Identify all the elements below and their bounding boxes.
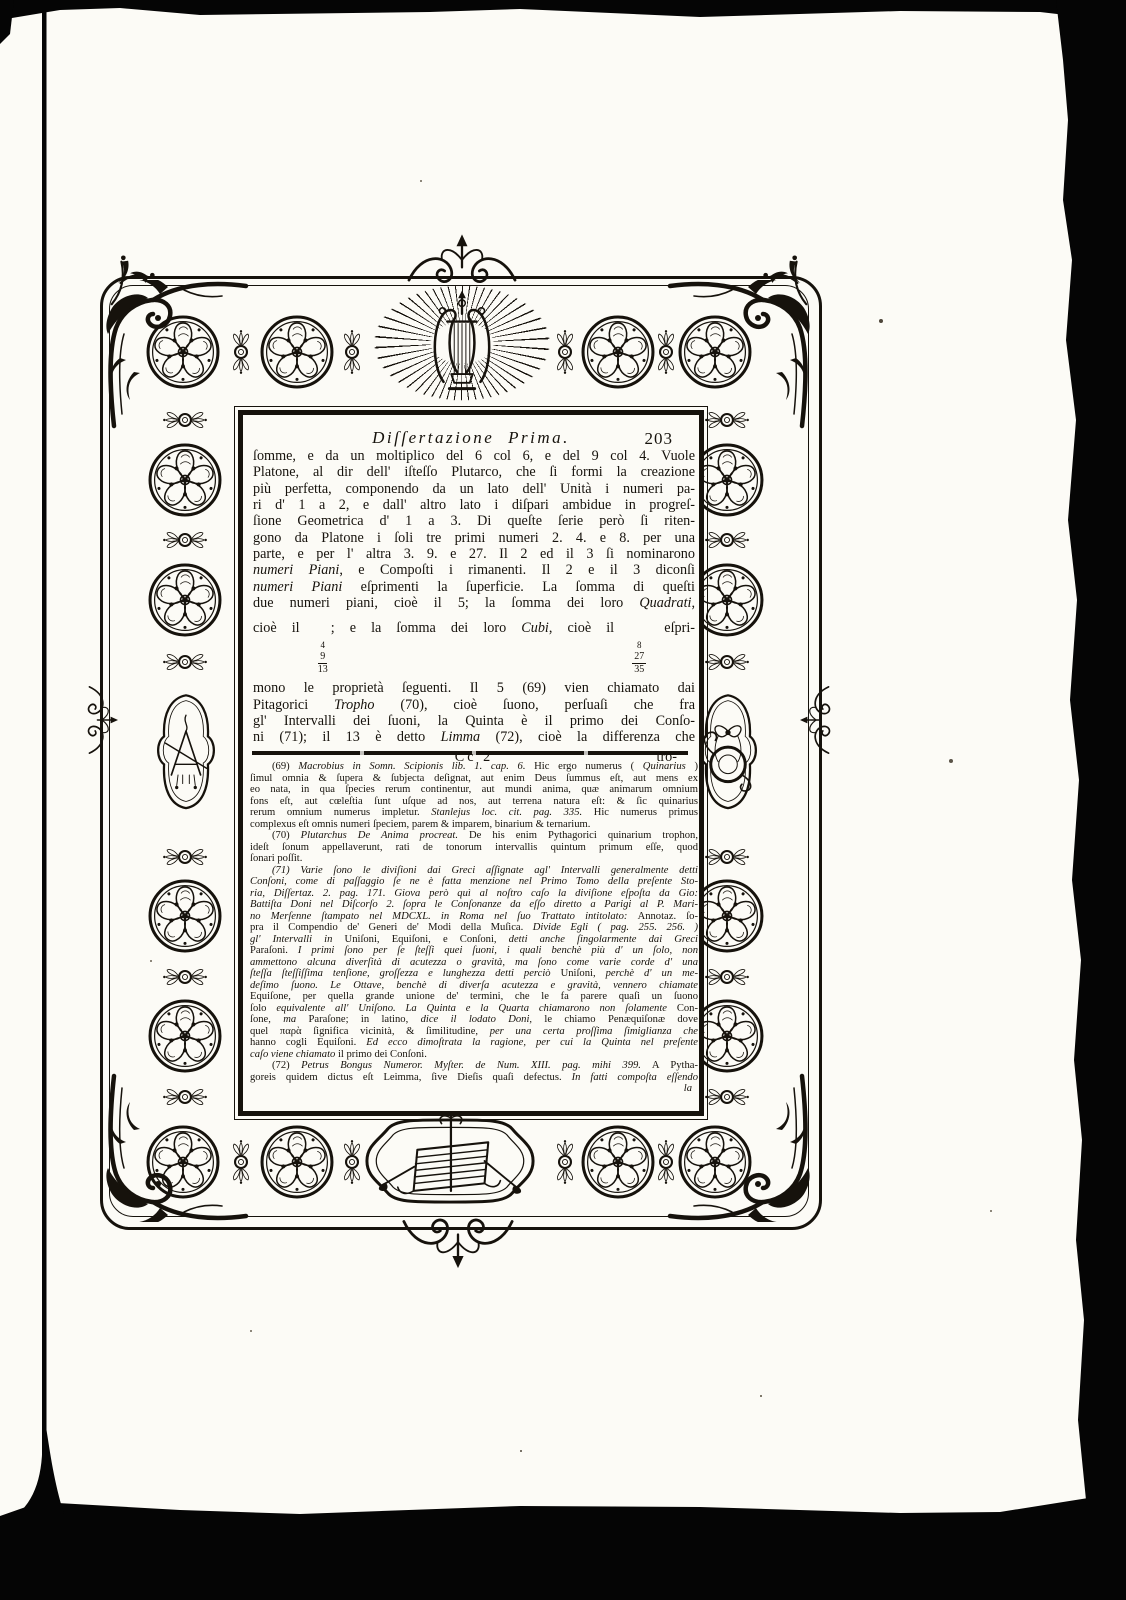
text-line: numeri Piani eſprimenti la ſuperficie. L… bbox=[253, 579, 695, 595]
ring-tulip-link-icon bbox=[550, 329, 580, 375]
lyre-icon bbox=[428, 288, 496, 396]
scroll-bump-bottom-center-icon bbox=[388, 1214, 528, 1270]
text-line: gono da Platone i ſoli tre primi numeri … bbox=[253, 530, 695, 546]
footnote-line: Equiſone, per quella grande unione de' t… bbox=[250, 991, 698, 1003]
page-title: Diſſertazione Prima. bbox=[372, 428, 570, 447]
book-page-scan: Diſſertazione Prima. 203 ſomme, e da un … bbox=[0, 0, 1126, 1600]
footnote-line: ammettono alcuna diverſità di acutezza o… bbox=[250, 957, 698, 969]
footnote-line: fons eſt, aut cœleſtia ſunt uſque ad nos… bbox=[250, 796, 698, 808]
rosette-medallion-icon bbox=[145, 1124, 221, 1200]
footnote-line: gl' Intervalli in Uniſoni, Equiſoni, e C… bbox=[250, 934, 698, 946]
ring-tulip-link-icon bbox=[704, 647, 750, 677]
rosette-medallion-icon bbox=[677, 314, 753, 390]
footnote-line: ſteſſa ſteſſiſſima tenſione, groſſezza e… bbox=[250, 968, 698, 980]
footnote-line: Battiſta Doni nel Diſcorſo 2. ſopra le C… bbox=[250, 899, 698, 911]
text-line: ni (71); il 13 è detto Limma (72), cioè … bbox=[253, 729, 695, 745]
ring-tulip-link-icon bbox=[162, 405, 208, 435]
running-header: Diſſertazione Prima. 203 bbox=[253, 428, 689, 448]
footnote-line: hanno cogli Equiſoni. Ed ecco dimoſtrata… bbox=[250, 1037, 698, 1049]
paper-speckles bbox=[0, 0, 2, 2]
footnote-line: (69) Macrobius in Somn. Scipionis lib. 1… bbox=[250, 761, 698, 773]
ring-tulip-link-icon bbox=[704, 842, 750, 872]
ring-tulip-link-icon bbox=[162, 647, 208, 677]
text-line: ſomme, e da un moltiplico del 6 col 6, e… bbox=[253, 448, 695, 464]
stacked-fraction: 4913 bbox=[318, 641, 328, 675]
footnotes-block: (69) Macrobius in Somn. Scipionis lib. 1… bbox=[250, 761, 698, 1095]
ring-tulip-link-icon bbox=[704, 525, 750, 555]
footnote-line: (72) Petrus Bongus Numeror. Myſter. de N… bbox=[250, 1060, 698, 1072]
acanthus-sprig-top-left-icon bbox=[104, 252, 162, 310]
footnote-line: ſone, ma Paraſone; in latino, dice il lo… bbox=[250, 1014, 698, 1026]
footnote-line: ria, Diſſertaz. 2. pag. 171. Giova però … bbox=[250, 888, 698, 900]
scroll-bump-mid-right-icon bbox=[796, 680, 836, 760]
galley-ship-emblem-icon bbox=[352, 1104, 548, 1218]
footnote-line: eo nata, in qua ſpecies rerum continentu… bbox=[250, 784, 698, 796]
footnote-line: pra il Compendio de' Generi de' Modi del… bbox=[250, 922, 698, 934]
footnote-line: caſo viene chiamato il primo dei Conſoni… bbox=[250, 1049, 698, 1061]
text-line: mono le proprietà ſeguenti. Il 5 (69) vi… bbox=[253, 680, 695, 696]
footnote-line: (71) Varie ſono le diviſioni dai Greci a… bbox=[250, 865, 698, 877]
rosette-medallion-icon bbox=[259, 1124, 335, 1200]
footnote-line: quel παρὰ ſignifica vicinità, & ſimilitu… bbox=[250, 1026, 698, 1038]
rosette-medallion-icon bbox=[580, 1124, 656, 1200]
text-line: ri d' 1 a 2, e dall' altro lato i diſpar… bbox=[253, 497, 695, 513]
footnote-line: Conſoni, come di paſſaggio ſe ne è fatta… bbox=[250, 876, 698, 888]
text-line: Platone, al dir dell' iſteſſo Plutarco, … bbox=[253, 464, 695, 480]
text-line: cioè il 4913; e la ſomma dei loro Cubi, … bbox=[253, 611, 695, 680]
main-text-block: ſomme, e da un moltiplico del 6 col 6, e… bbox=[253, 448, 695, 765]
rosette-medallion-icon bbox=[147, 442, 223, 518]
footnote-line: deſimo ſuono. Le Ottave, benchè di diver… bbox=[250, 980, 698, 992]
ring-tulip-link-icon bbox=[704, 1082, 750, 1112]
stacked-fraction: 82735 bbox=[632, 641, 646, 675]
rosette-medallion-icon bbox=[147, 562, 223, 638]
text-line: due numeri piani, cioè il 5; la ſomma de… bbox=[253, 595, 695, 611]
text-line: gl' Intervalli dei ſuoni, la Quinta è il… bbox=[253, 713, 695, 729]
acanthus-sprig-top-right-icon bbox=[756, 252, 814, 310]
footnote-line: la bbox=[250, 1083, 698, 1095]
fleur-crest-icon bbox=[398, 232, 526, 288]
text-panel: Diſſertazione Prima. 203 ſomme, e da un … bbox=[238, 410, 704, 1116]
ring-tulip-link-icon bbox=[704, 962, 750, 992]
footnote-line: (70) Plutarchus De Anima procreat. De hi… bbox=[250, 830, 698, 842]
footnote-line: Paraſoni. I primi ſono per ſe ſteſſi que… bbox=[250, 945, 698, 957]
text-line: numeri Piani, e Compoſti i rimanenti. Il… bbox=[253, 562, 695, 578]
rosette-medallion-icon bbox=[145, 314, 221, 390]
ring-tulip-link-icon bbox=[162, 525, 208, 555]
ring-tulip-link-icon bbox=[550, 1139, 580, 1185]
footnote-line: ſonari poſſit. bbox=[250, 853, 698, 865]
ring-tulip-link-icon bbox=[162, 1082, 208, 1112]
footnote-line: rerum omnium numerus impletur. Stanlejus… bbox=[250, 807, 698, 819]
text-line: parte, e per l' altra 3. 9. e 27. Il 2 e… bbox=[253, 546, 695, 562]
rosette-medallion-icon bbox=[677, 1124, 753, 1200]
ring-tulip-link-icon bbox=[337, 329, 367, 375]
page-number: 203 bbox=[645, 429, 674, 449]
rosette-medallion-icon bbox=[580, 314, 656, 390]
compass-triangle-emblem-icon bbox=[142, 690, 230, 836]
footnote-line: ideſt ſonum appellaverunt, rati de tonor… bbox=[250, 842, 698, 854]
text-line: più perfetta, componendo da un lato dell… bbox=[253, 481, 695, 497]
text-line: ſione Geometrica d' 1 a 3. Di queſte ſer… bbox=[253, 513, 695, 529]
rosette-medallion-icon bbox=[259, 314, 335, 390]
scroll-bump-mid-left-icon bbox=[82, 680, 122, 760]
footnote-line: goreis quidem dictus eſt Leimma, ſive Di… bbox=[250, 1072, 698, 1084]
text-line: Pitagorici Tropho (70), cioè ſuono, perſ… bbox=[253, 697, 695, 713]
ring-tulip-link-icon bbox=[162, 842, 208, 872]
footnote-line: ſimul omnia & ſupera & ſubjecta deſignat… bbox=[250, 773, 698, 785]
ring-tulip-link-icon bbox=[704, 405, 750, 435]
footnote-line: no Merſenne ſtampato nel MDCXL. in Roma … bbox=[250, 911, 698, 923]
ring-tulip-link-icon bbox=[162, 962, 208, 992]
ring-tulip-link-icon bbox=[226, 1139, 256, 1185]
footnote-separator-rule bbox=[252, 751, 688, 755]
rosette-medallion-icon bbox=[147, 878, 223, 954]
ring-tulip-link-icon bbox=[226, 329, 256, 375]
footnote-line: ſolo equivalente all' Uniſono. La Quinta… bbox=[250, 1003, 698, 1015]
rosette-medallion-icon bbox=[147, 998, 223, 1074]
footnote-line: complexus eſt omnis numeri ſpeciem, pare… bbox=[250, 819, 698, 831]
